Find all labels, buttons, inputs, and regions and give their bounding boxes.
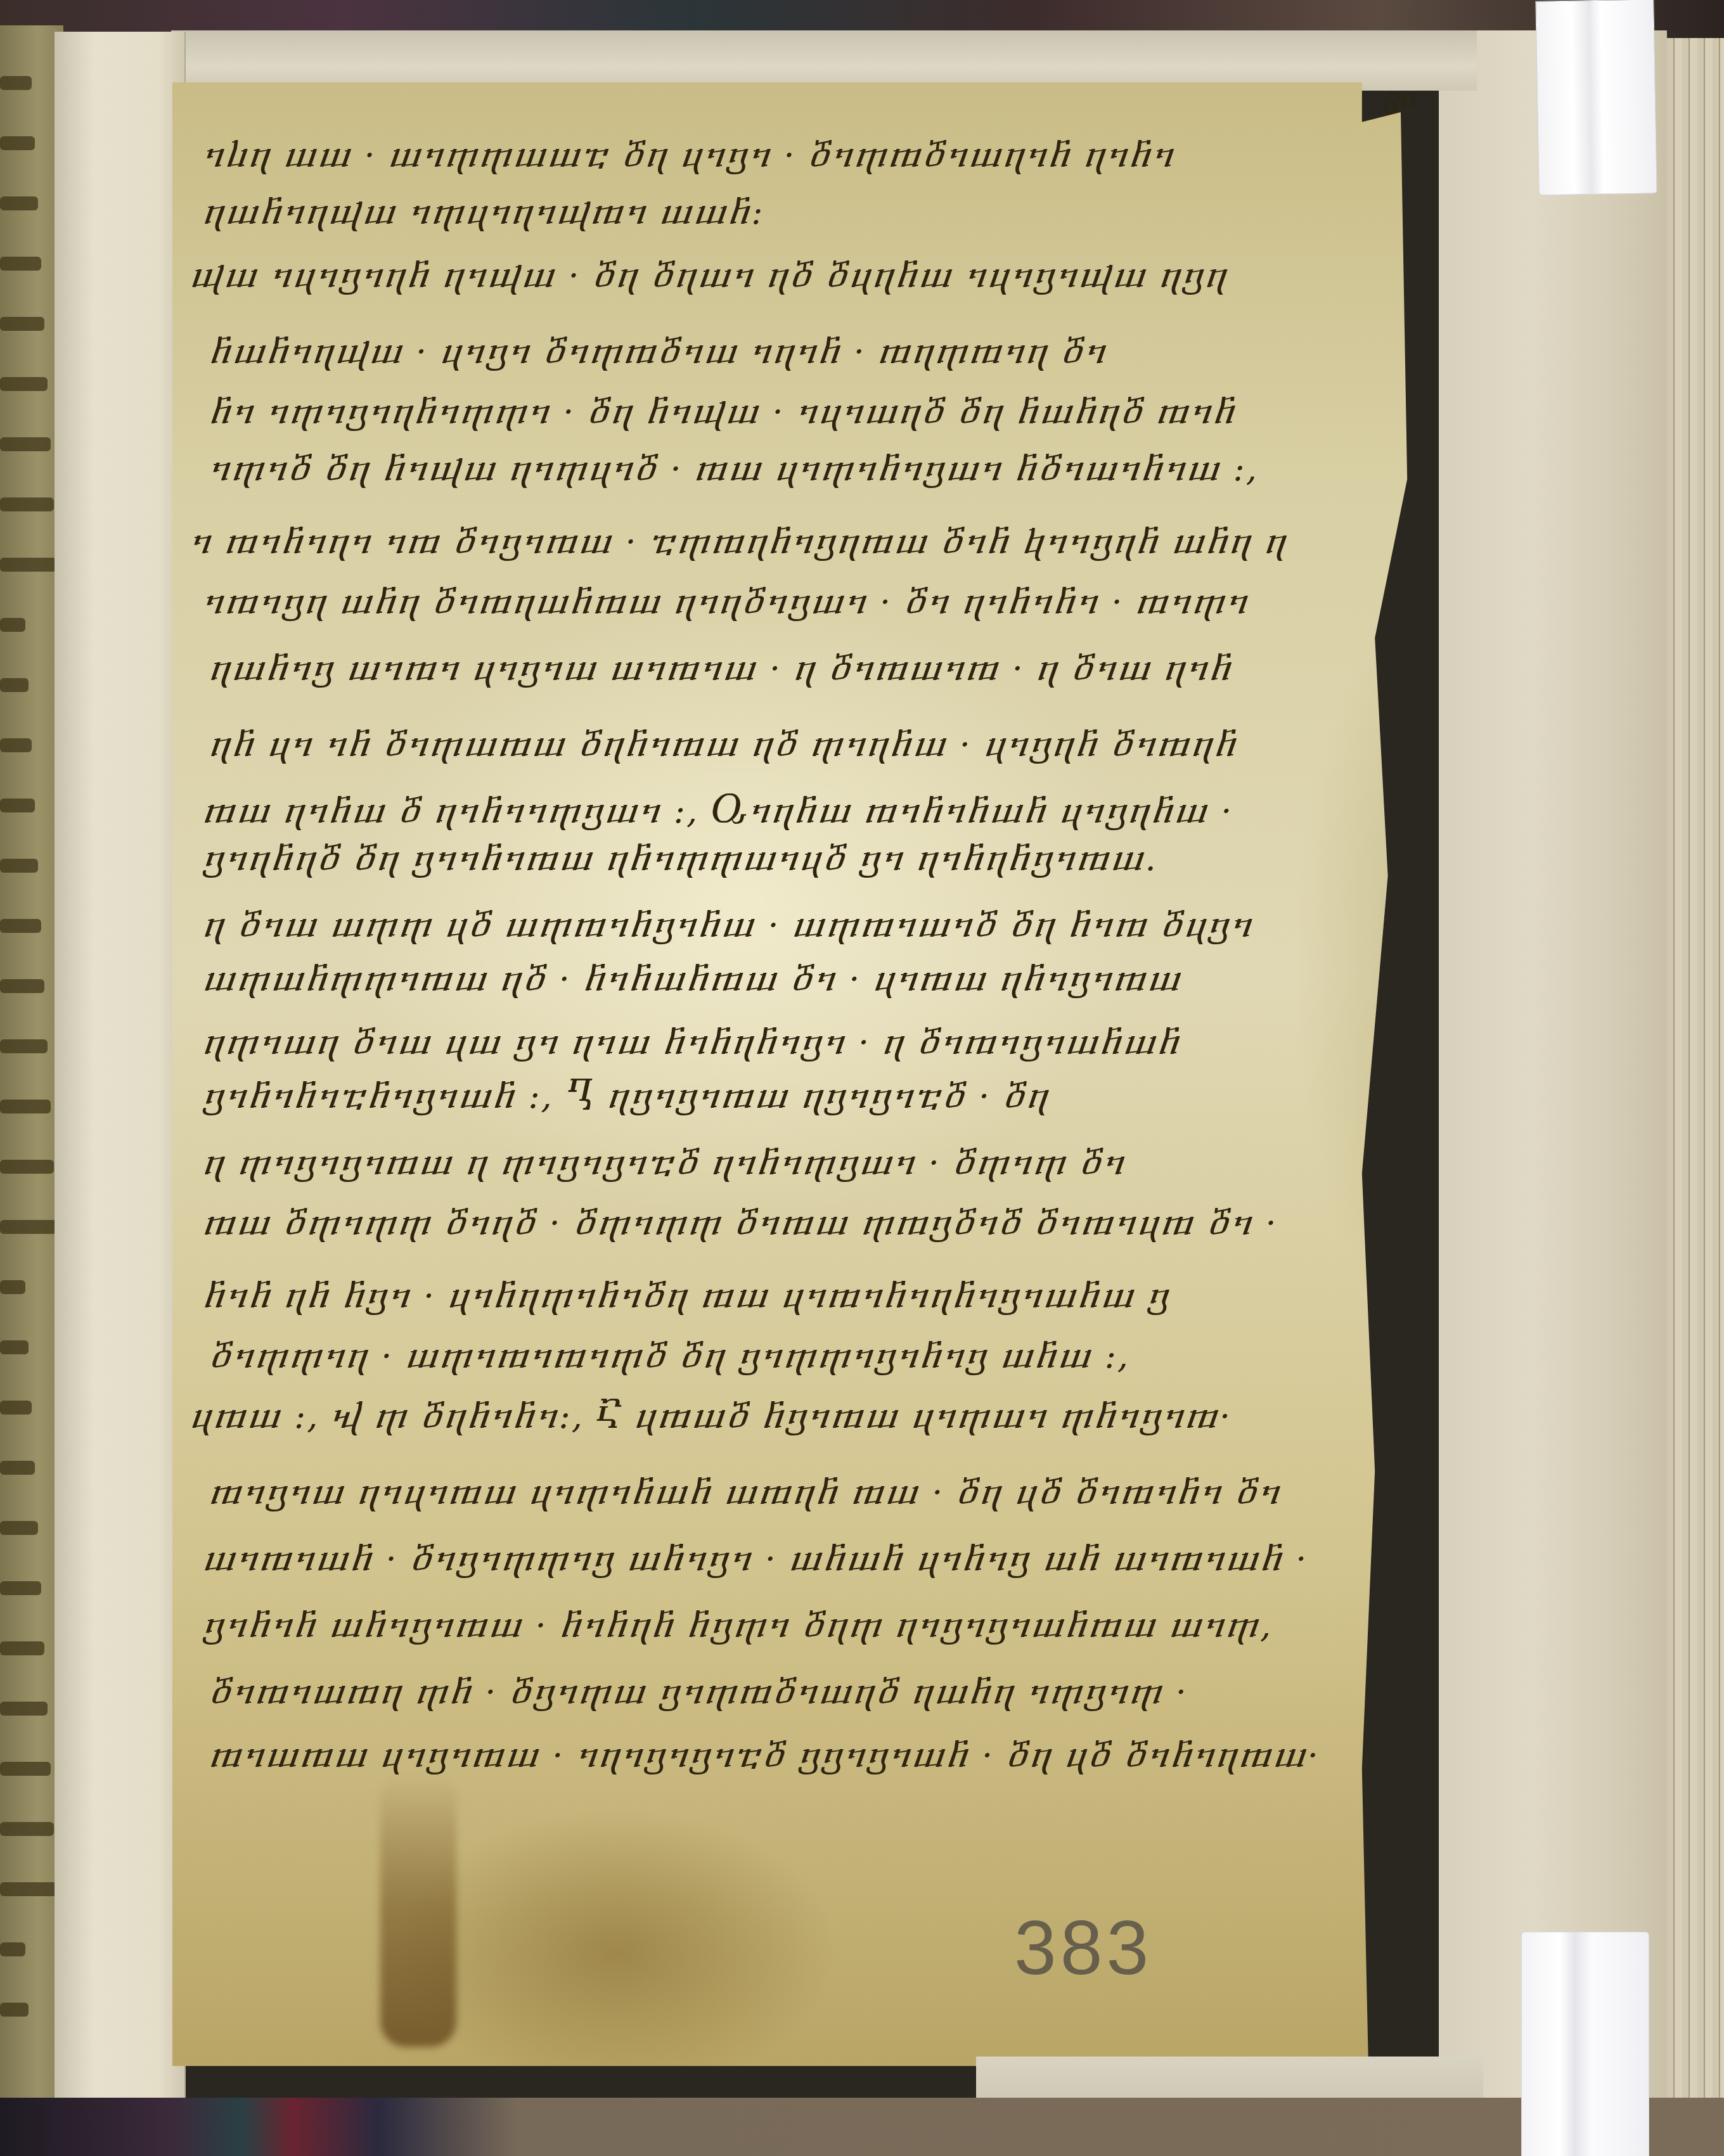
bottom-paper-strip: [976, 2057, 1483, 2101]
manuscript-line: ⴄⴍⴌⴈⴄⴓⴍ ⴈⴅⴗⴈⴄⴈⴓⴊⴈ ⴍⴍⴌ:: [203, 190, 764, 234]
shelf-mark: 383: [1014, 1904, 1152, 1992]
manuscript-line: ⴄ ⴅⴈⴂⴈⴂⴈⴊⴍ ⴄ ⴅⴈⴂⴈⴂⴈⴀⴃ ⴄⴈⴌⴈⴅⴂⴍⴈ · ⴃⴅⴈⴅ ⴃⴈ: [203, 1141, 1126, 1185]
manuscript-line: ⴌⴍⴌⴈⴄⴓⴍ · ⴗⴈⴂⴈ ⴃⴈⴅⴊⴃⴈⴍ ⴈⴄⴈⴌ · ⴊⴄⴅⴊⴈⴄ ⴃⴈ: [209, 330, 1107, 374]
right-paper-guard: [1439, 30, 1667, 2109]
manuscript-line: ⴍⴅⴍⴌⴅⴅⴈⴊⴍ ⴄⴃ · ⴌⴈⴌⴍⴌⴊⴍ ⴃⴈ · ⴗⴈⴊⴍ ⴄⴌⴈⴂⴈⴊⴍ: [203, 957, 1182, 1001]
manuscript-line: ⴌⴈ ⴈⴅⴈⴂⴈⴄⴌⴈⴅⴅⴈ · ⴃⴄ ⴌⴈⴓⴍ · ⴈⴗⴈⴍⴄⴃ ⴃⴄ ⴌⴍⴌ…: [209, 390, 1237, 434]
book-binding-bottom: [0, 2098, 1724, 2156]
manuscript-line: ⴃⴈⴅⴅⴈⴄ · ⴍⴅⴈⴊⴈⴊⴈⴅⴃ ⴃⴄ ⴂⴈⴅⴅⴈⴂⴈⴌⴈⴂ ⴍⴌⴍ :,: [209, 1334, 1129, 1378]
manuscript-line: ⴊⴈⴍⴊⴍ ⴗⴈⴂⴈⴊⴍ · ⴈⴄⴈⴂⴈⴂⴈⴀⴃ ⴂⴂⴈⴂⴈⴍⴌ · ⴃⴄ ⴗⴃ…: [209, 1733, 1320, 1778]
water-stain: [380, 1774, 456, 2047]
left-paper-guard: [55, 32, 186, 2110]
manuscript-line: ⴂⴈⴄⴌⴄⴃ ⴃⴄ ⴂⴈⴈⴌⴈⴊⴍ ⴄⴌⴈⴅⴅⴍⴈⴗⴃ ⴂⴈ ⴄⴈⴌⴄⴌⴂⴈⴊⴍ…: [203, 837, 1157, 881]
manuscript-line: ⴍⴈⴊⴈⴍⴌ · ⴃⴈⴂⴈⴅⴅⴈⴂ ⴍⴌⴈⴂⴈ · ⴍⴌⴍⴌ ⴗⴈⴌⴈⴂ ⴍⴌ …: [203, 1537, 1308, 1581]
manuscript-line: ⴓⴍ ⴈⴗⴈⴂⴈⴄⴌ ⴄⴈⴓⴍ · ⴃⴄ ⴃⴄⴍⴈ ⴄⴃ ⴃⴗⴄⴌⴍ ⴈⴗⴈⴂⴈ…: [190, 253, 1228, 298]
manuscript-line: ⴊⴍ ⴄⴈⴌⴍ ⴃ ⴄⴈⴌⴈⴈⴅⴂⴍⴈ :, Ⴍⴈⴄⴌⴍ ⴊⴈⴌⴈⴌⴍⴌ ⴗⴈⴂ…: [203, 789, 1233, 833]
manuscript-line: ⴄⴅⴈⴍⴄ ⴃⴈⴍ ⴗⴍ ⴂⴈ ⴄⴈⴍ ⴌⴈⴌⴄⴌⴈⴂⴈ · ⴄ ⴃⴈⴊⴈⴂⴈⴍ…: [203, 1020, 1181, 1065]
manuscript-line: ⴈ ⴊⴈⴌⴈⴄⴈ ⴈⴊ ⴃⴈⴂⴈⴊⴍ · ⴀⴅⴊⴄⴌⴈⴂⴄⴊⴍ ⴃⴈⴌ ⴉⴈⴈⴂ…: [190, 520, 1287, 564]
top-paper-strip: [171, 30, 1477, 91]
manuscript-line: ⴃⴈⴊⴈⴍⴊⴄ ⴅⴌ · ⴃⴂⴈⴅⴍ ⴂⴈⴅⴊⴃⴈⴍⴄⴃ ⴄⴍⴌⴄ ⴈⴅⴂⴈⴅ …: [209, 1670, 1188, 1714]
plastic-clip-bottom: [1521, 1932, 1649, 2156]
manuscript-line: ⴊⴈⴂⴈⴍ ⴄⴈⴗⴈⴊⴍ ⴗⴈⴅⴈⴌⴍⴌ ⴍⴊⴄⴌ ⴊⴍ · ⴃⴄ ⴗⴃ ⴃⴈⴊ…: [209, 1470, 1281, 1515]
manuscript-line: ⴄⴌ ⴗⴈ ⴈⴌ ⴃⴈⴅⴍⴊⴍ ⴃⴄⴌⴈⴊⴍ ⴄⴃ ⴅⴈⴄⴌⴍ · ⴗⴈⴂⴄⴌ …: [209, 722, 1238, 767]
folio-number: ვი: [1385, 82, 1417, 115]
page-stack-edge: [1667, 38, 1724, 2104]
manuscript-line: ⴄⴍⴌⴈⴂ ⴍⴈⴊⴈ ⴗⴈⴂⴈⴍ ⴍⴈⴊⴈⴍ · ⴄ ⴃⴈⴊⴍⴈⴊ · ⴄ ⴃⴈ…: [209, 646, 1233, 691]
manuscript-line: ⴗⴊⴍ :, ⴏ ⴅ ⴃⴄⴌⴈⴌⴈ:, Ⴀ ⴗⴊⴍⴃ ⴌⴂⴈⴊⴍ ⴗⴈⴅⴍⴈ ⴅ…: [190, 1394, 1232, 1439]
manuscript-line: ⴂⴈⴌⴈⴌ ⴍⴌⴈⴂⴈⴊⴍ · ⴌⴈⴌⴄⴌ ⴌⴂⴅⴈ ⴃⴄⴅ ⴄⴈⴂⴈⴂⴈⴍⴌⴊ…: [203, 1603, 1272, 1648]
manuscript-line: ⴈⴑⴄ ⴍⴍ · ⴍⴈⴅⴅⴍⴍⴀ ⴃⴄ ⴗⴈⴂⴈ · ⴃⴈⴅⴊⴃⴈⴍⴄⴈⴌ ⴄⴈ…: [203, 133, 1175, 177]
plastic-clip-top: [1535, 0, 1657, 196]
manuscript-line: ⴌⴈⴌ ⴄⴌ ⴌⴂⴈ · ⴗⴈⴌⴄⴅⴈⴌⴈⴃⴄ ⴊⴍ ⴗⴈⴊⴈⴌⴈⴄⴌⴈⴂⴈⴍⴌ…: [203, 1274, 1171, 1318]
manuscript-line: ⴈⴅⴈⴃ ⴃⴄ ⴌⴈⴓⴍ ⴄⴈⴅⴗⴈⴃ · ⴊⴍ ⴗⴈⴅⴈⴌⴈⴂⴍⴈ ⴌⴃⴈⴍⴈ…: [209, 447, 1258, 491]
manuscript-line: ⴂⴈⴌⴈⴌⴈⴀⴌⴈⴂⴈⴍⴌ :, Ⴂ ⴄⴂⴈⴂⴈⴊⴍ ⴄⴂⴈⴂⴈⴀⴃ · ⴃⴄ: [203, 1074, 1050, 1119]
manuscript-line: ⴊⴍ ⴃⴅⴈⴅⴅ ⴃⴈⴄⴃ · ⴃⴅⴈⴅⴅ ⴃⴈⴊⴍ ⴅⴊⴂⴃⴈⴃ ⴃⴈⴊⴈⴗⴊ…: [203, 1201, 1278, 1245]
manuscript-line: ⴄ ⴃⴈⴍ ⴍⴅⴅ ⴗⴃ ⴍⴅⴊⴈⴌⴂⴈⴌⴍ · ⴍⴅⴊⴈⴍⴈⴃ ⴃⴄ ⴌⴈⴊ …: [203, 903, 1253, 947]
adjacent-left-folio: [0, 25, 63, 2110]
manuscript-line: ⴈⴊⴈⴂⴄ ⴍⴌⴄ ⴃⴈⴊⴄⴍⴌⴊⴍ ⴄⴈⴄⴃⴈⴂⴍⴈ · ⴃⴈ ⴄⴈⴌⴈⴌⴈ …: [203, 580, 1249, 624]
